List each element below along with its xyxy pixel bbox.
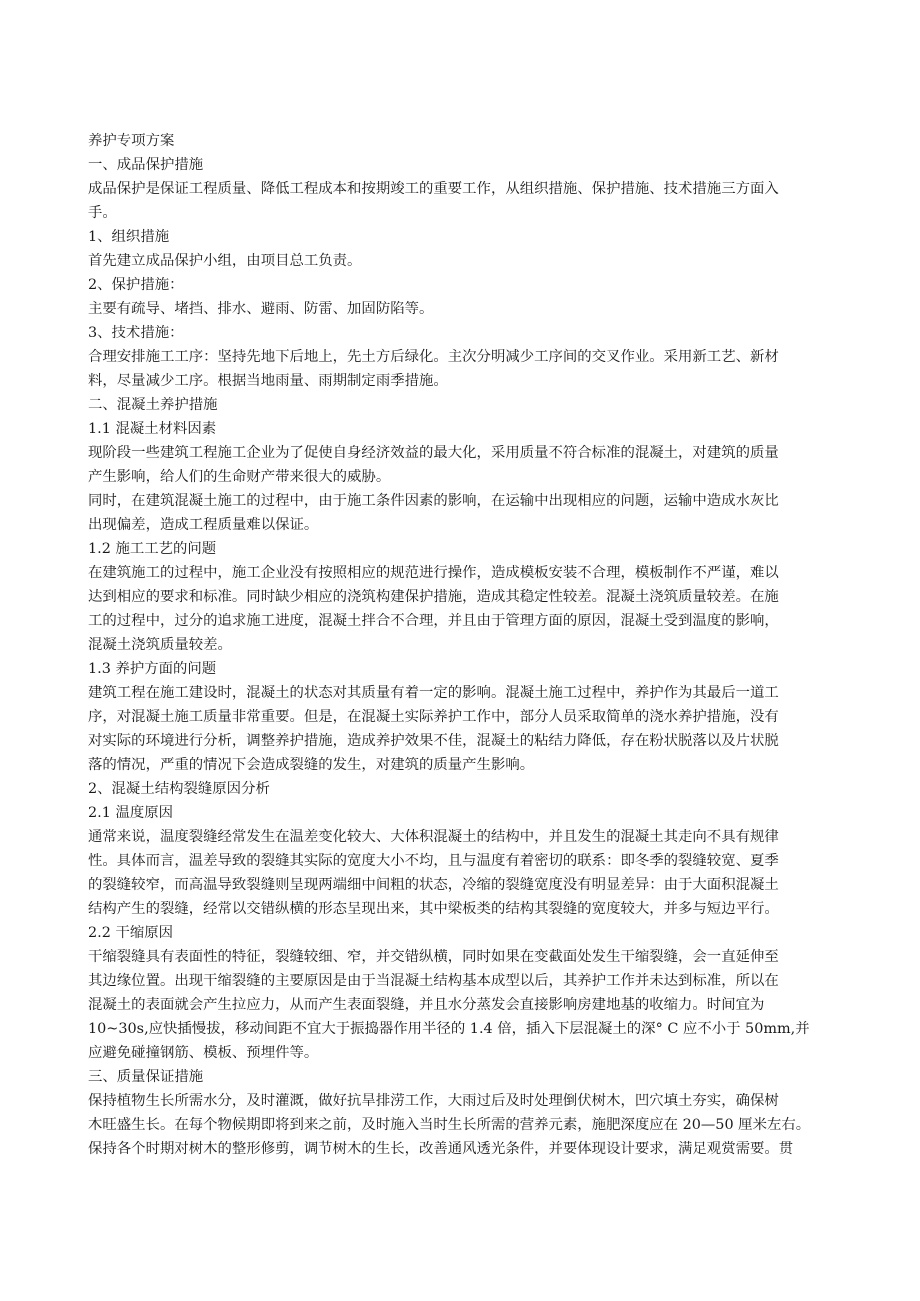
subheading-crack-analysis: 2、混凝土结构裂缝原因分析	[88, 777, 848, 801]
paragraph-line: 应避免碰撞钢筋、模板、预埋件等。	[88, 1041, 848, 1065]
paragraph-line: 木旺盛生长。在每个物候期即将到来之前，及时施入当时生长所需的营养元素，施肥深度应…	[88, 1113, 848, 1137]
paragraph-line: 混凝土的表面就会产生拉应力，从而产生表面裂缝，并且水分蒸发会直接影响房建地基的收…	[88, 993, 848, 1017]
paragraph-line: 性。具体而言，温差导致的裂缝其实际的宽度大小不均，且与温度有着密切的联系：即冬季…	[88, 849, 848, 873]
paragraph-line: 现阶段一些建筑工程施工企业为了促使自身经济效益的最大化，采用质量不符合标准的混凝…	[88, 441, 848, 465]
section-heading-1: 一、成品保护措施	[88, 153, 848, 177]
section-heading-3: 三、质量保证措施	[88, 1065, 848, 1089]
subheading-organization: 1、组织措施	[88, 225, 848, 249]
paragraph-line: 建筑工程在施工建设时，混凝土的状态对其质量有着一定的影响。混凝土施工过程中，养护…	[88, 681, 848, 705]
paragraph-line: 落的情况，严重的情况下会造成裂缝的发生，对建筑的质量产生影响。	[88, 753, 848, 777]
paragraph-line: 对实际的环境进行分析，调整养护措施，造成养护效果不佳，混凝土的粘结力降低，存在粉…	[88, 729, 848, 753]
paragraph-line: 通常来说，温度裂缝经常发生在温差变化较大、大体积混凝土的结构中，并且发生的混凝土…	[88, 825, 848, 849]
subheading-2-1: 2.1 温度原因	[88, 801, 848, 825]
paragraph-line: 在建筑施工的过程中，施工企业没有按照相应的规范进行操作，造成模板安装不合理，模板…	[88, 561, 848, 585]
subheading-2-2: 2.2 干缩原因	[88, 921, 848, 945]
paragraph-line: 达到相应的要求和标准。同时缺少相应的浇筑构建保护措施，造成其稳定性较差。混凝土浇…	[88, 585, 848, 609]
paragraph-line: 结构产生的裂缝，经常以交错纵横的形态呈现出来，其中梁板类的结构其裂缝的宽度较大，…	[88, 897, 848, 921]
subheading-1-2: 1.2 施工工艺的问题	[88, 537, 848, 561]
paragraph-line: 同时，在建筑混凝土施工的过程中，由于施工条件因素的影响，在运输中出现相应的问题，…	[88, 489, 848, 513]
subheading-protection: 2、保护措施：	[88, 273, 848, 297]
subheading-technical: 3、技术措施：	[88, 321, 848, 345]
paragraph-line: 出现偏差，造成工程质量难以保证。	[88, 513, 848, 537]
paragraph-line: 手。	[88, 201, 848, 225]
paragraph-line: 的裂缝较窄，而高温导致裂缝则呈现两端细中间粗的状态，冷缩的裂缝宽度没有明显差异：…	[88, 873, 848, 897]
paragraph-line: 混凝土浇筑质量较差。	[88, 633, 848, 657]
paragraph-line: 工的过程中，过分的追求施工进度，混凝土拌合不合理，并且由于管理方面的原因，混凝土…	[88, 609, 848, 633]
paragraph-line: 主要有疏导、堵挡、排水、避雨、防雷、加固防陷等。	[88, 297, 848, 321]
paragraph-line: 保持植物生长所需水分，及时灌溉，做好抗旱排涝工作，大雨过后及时处理倒伏树木，凹穴…	[88, 1089, 848, 1113]
subheading-1-3: 1.3 养护方面的问题	[88, 657, 848, 681]
paragraph-line: 成品保护是保证工程质量、降低工程成本和按期竣工的重要工作，从组织措施、保护措施、…	[88, 177, 848, 201]
paragraph-line: 合理安排施工工序：坚持先地下后地上，先土方后绿化。主次分明减少工序间的交叉作业。…	[88, 345, 848, 369]
paragraph-line: 干缩裂缝具有表面性的特征，裂缝较细、窄，并交错纵横，同时如果在变截面处发生干缩裂…	[88, 945, 848, 969]
paragraph-line: 料，尽量减少工序。根据当地雨量、雨期制定雨季措施。	[88, 369, 848, 393]
paragraph-line: 首先建立成品保护小组，由项目总工负责。	[88, 249, 848, 273]
document-title: 养护专项方案	[88, 129, 848, 153]
paragraph-line: 其边缘位置。出现干缩裂缝的主要原因是由于当混凝土结构基本成型以后，其养护工作并未…	[88, 969, 848, 993]
paragraph-line: 序，对混凝土施工质量非常重要。但是，在混凝土实际养护工作中，部分人员采取简单的浇…	[88, 705, 848, 729]
paragraph-line: 保持各个时期对树木的整形修剪，调节树木的生长，改善通风透光条件，并要体现设计要求…	[88, 1137, 848, 1161]
subheading-1-1: 1.1 混凝土材料因素	[88, 417, 848, 441]
paragraph-line: 产生影响，给人们的生命财产带来很大的威胁。	[88, 465, 848, 489]
document-page: 养护专项方案 一、成品保护措施 成品保护是保证工程质量、降低工程成本和按期竣工的…	[88, 129, 848, 1161]
section-heading-2: 二、混凝土养护措施	[88, 393, 848, 417]
paragraph-line: 10~30s,应快插慢拔，移动间距不宜大于振捣器作用半径的 1.4 倍，插入下层…	[88, 1017, 848, 1041]
